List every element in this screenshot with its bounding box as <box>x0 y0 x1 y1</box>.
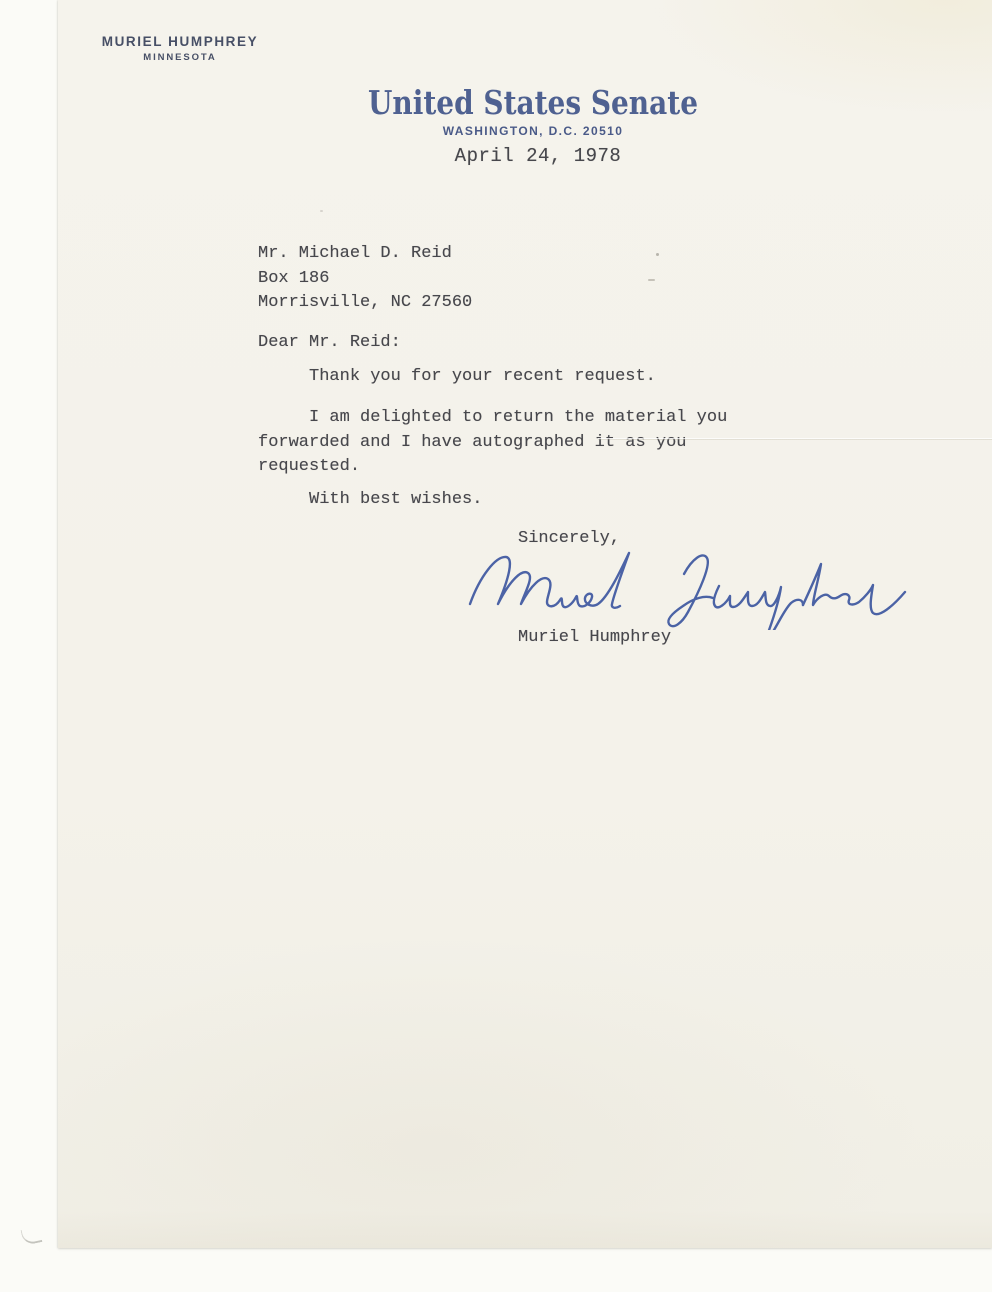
paper-fold-line <box>598 438 992 441</box>
signature-muriel-humphrey <box>462 544 908 630</box>
typed-signature-name: Muriel Humphrey <box>518 626 818 651</box>
body-paragraph-1: Thank you for your recent request. <box>258 365 778 390</box>
letterhead-address: WASHINGTON, D.C. 20510 <box>383 124 683 138</box>
scanned-letter-page: MURIEL HUMPHREY MINNESOTA United States … <box>0 0 992 1292</box>
sender-state: MINNESOTA <box>80 52 280 63</box>
date-line: April 24, 1978 <box>388 145 688 167</box>
senate-title-text: United States Senate <box>368 83 698 122</box>
senate-letterhead-title: United States Senate <box>358 82 708 128</box>
body-paragraph-2: I am delighted to return the material yo… <box>258 406 778 480</box>
dust-speck <box>648 279 655 281</box>
salutation: Dear Mr. Reid: <box>258 331 738 356</box>
recipient-address: Mr. Michael D. Reid Box 186 Morrisville,… <box>258 242 738 316</box>
dust-speck <box>656 253 659 256</box>
sender-block: MURIEL HUMPHREY MINNESOTA <box>80 34 280 63</box>
sender-name: MURIEL HUMPHREY <box>80 34 280 49</box>
pencil-mark <box>21 1226 43 1246</box>
dust-speck <box>320 210 323 212</box>
body-paragraph-3: With best wishes. <box>258 488 778 513</box>
